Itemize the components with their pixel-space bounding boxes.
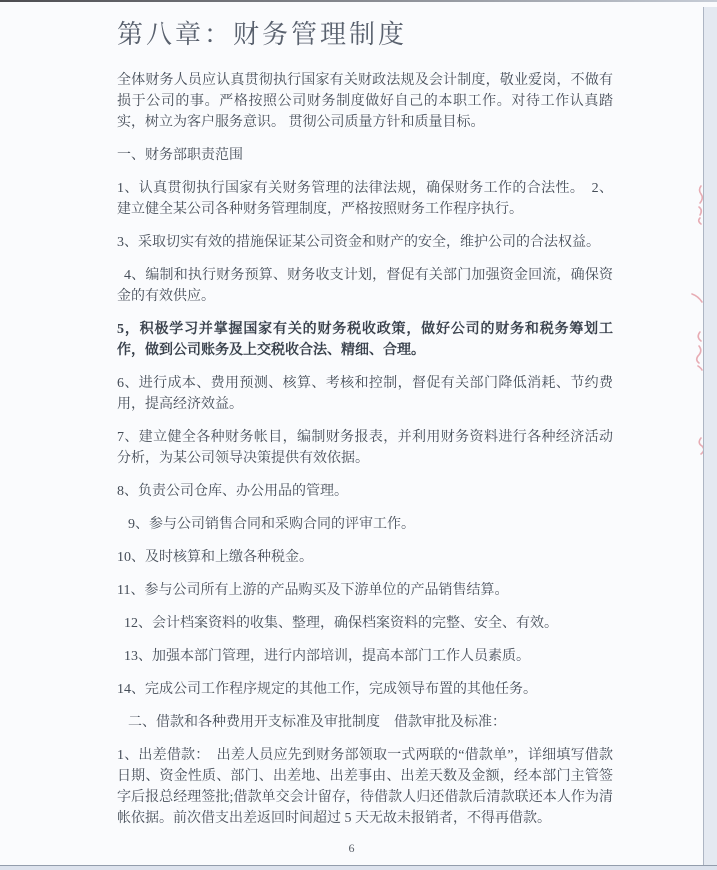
item-3: 3、采取切实有效的措施保证某公司资金和财产的安全，维护公司的合法权益。	[117, 232, 613, 253]
page-bottom-edge	[0, 865, 717, 870]
section-2-heading: 二、借款和各种费用开支标准及审批制度 借款审批及标准：	[117, 712, 613, 733]
item-13: 13、加强本部门管理，进行内部培训，提高本部门工作人员素质。	[117, 646, 613, 667]
page-number: 6	[0, 841, 703, 856]
item-1-2: 1、认真贯彻执行国家有关财务管理的法律法规，确保财务工作的合法性。 2、建立健全…	[117, 178, 613, 220]
item-11: 11、参与公司所有上游的产品购买及下游单位的产品销售结算。	[117, 580, 613, 601]
item-9: 9、参与公司销售合同和采购合同的评审工作。	[117, 514, 613, 535]
page-right-edge	[703, 7, 717, 866]
section-1-heading: 一、财务部职责范围	[117, 145, 613, 166]
item-borrow-1: 1、出差借款： 出差人员应先到财务部领取一式两联的“借款单”，详细填写借款日期、…	[117, 745, 613, 829]
scanned-document-page: 第八章：财务管理制度 全体财务人员应认真贯彻执行国家有关财政法规及会计制度，敬业…	[0, 0, 717, 870]
page-top-edge	[0, 0, 717, 2]
item-8: 8、负责公司仓库、办公用品的管理。	[117, 481, 613, 502]
intro-paragraph: 全体财务人员应认真贯彻执行国家有关财政法规及会计制度，敬业爱岗，不做有损于公司的…	[117, 70, 613, 133]
item-10: 10、及时核算和上缴各种税金。	[117, 547, 613, 568]
item-12: 12、会计档案资料的收集、整理，确保档案资料的完整、安全、有效。	[117, 613, 613, 634]
document-body: 全体财务人员应认真贯彻执行国家有关财政法规及会计制度，敬业爱岗，不做有损于公司的…	[117, 70, 613, 841]
chapter-title: 第八章：财务管理制度	[117, 18, 407, 52]
item-14: 14、完成公司工作程序规定的其他工作，完成领导布置的其他任务。	[117, 679, 613, 700]
item-7: 7、建立健全各种财务帐目，编制财务报表，并利用财务资料进行各种经济活动分析，为某…	[117, 427, 613, 469]
item-4: 4、编制和执行财务预算、财务收支计划，督促有关部门加强资金回流，确保资金的有效供…	[117, 265, 613, 307]
item-6: 6、进行成本、费用预测、核算、考核和控制，督促有关部门降低消耗、节约费用，提高经…	[117, 373, 613, 415]
item-5: 5，积极学习并掌握国家有关的财务税收政策，做好公司的财务和税务筹划工作，做到公司…	[117, 319, 613, 361]
